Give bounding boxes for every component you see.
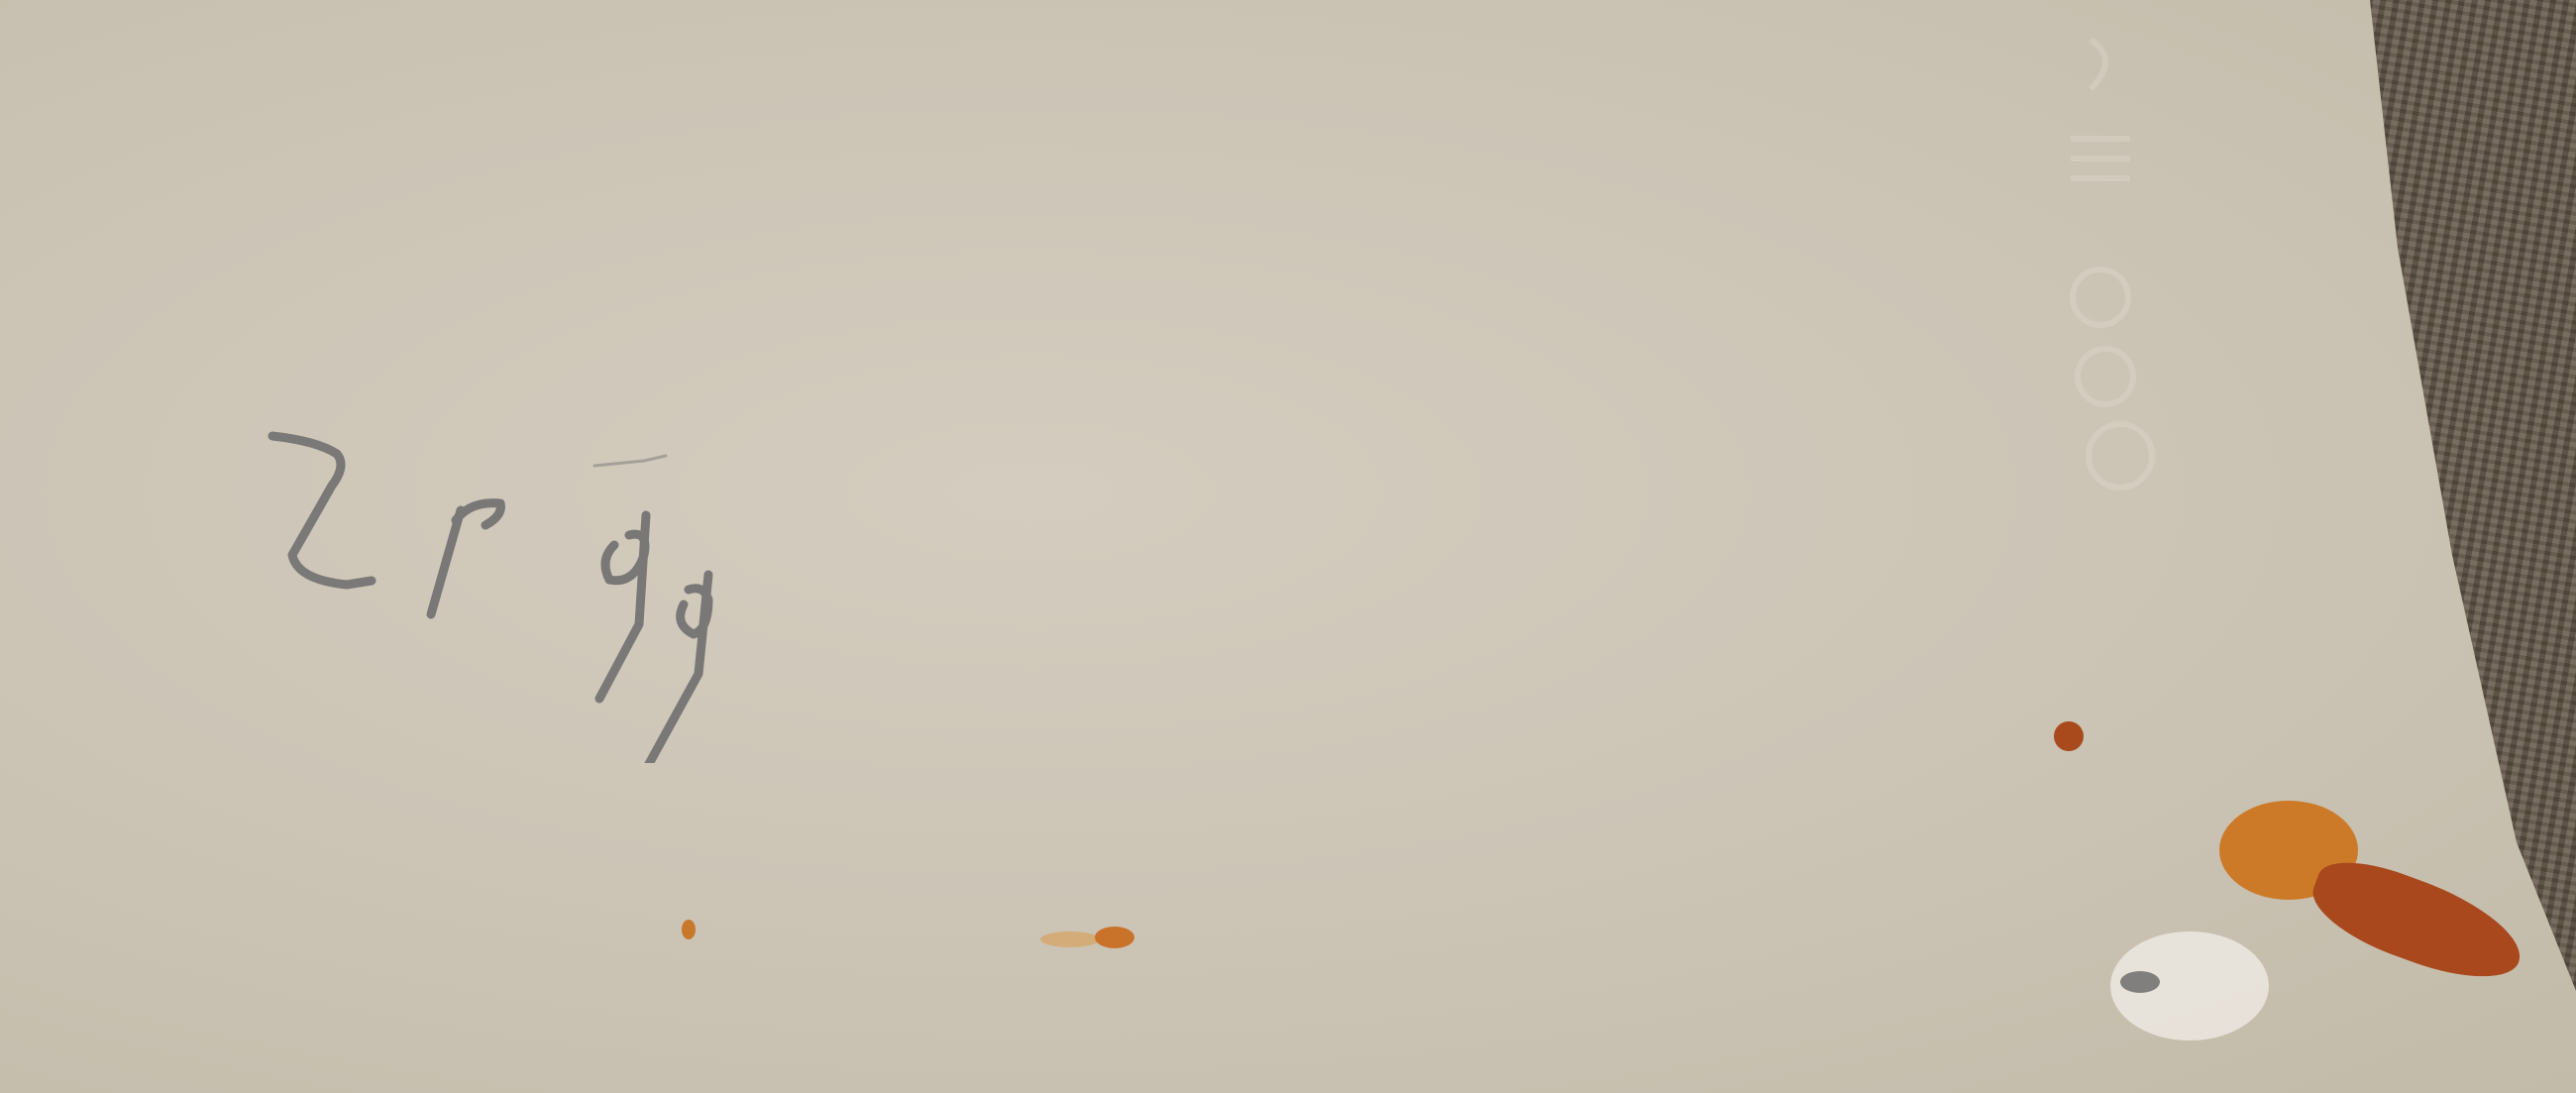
- pencil-handwriting: 2r 99: [258, 406, 1050, 763]
- embossed-watermark: [2021, 20, 2180, 595]
- photo-scene: 2r 99: [0, 0, 2576, 1093]
- stain-small-3: [1095, 927, 1134, 948]
- stain-small-2: [1040, 931, 1100, 947]
- stain-dot: [2054, 721, 2084, 751]
- stain-small-1: [682, 920, 696, 939]
- stain-grey-speck: [2120, 971, 2160, 993]
